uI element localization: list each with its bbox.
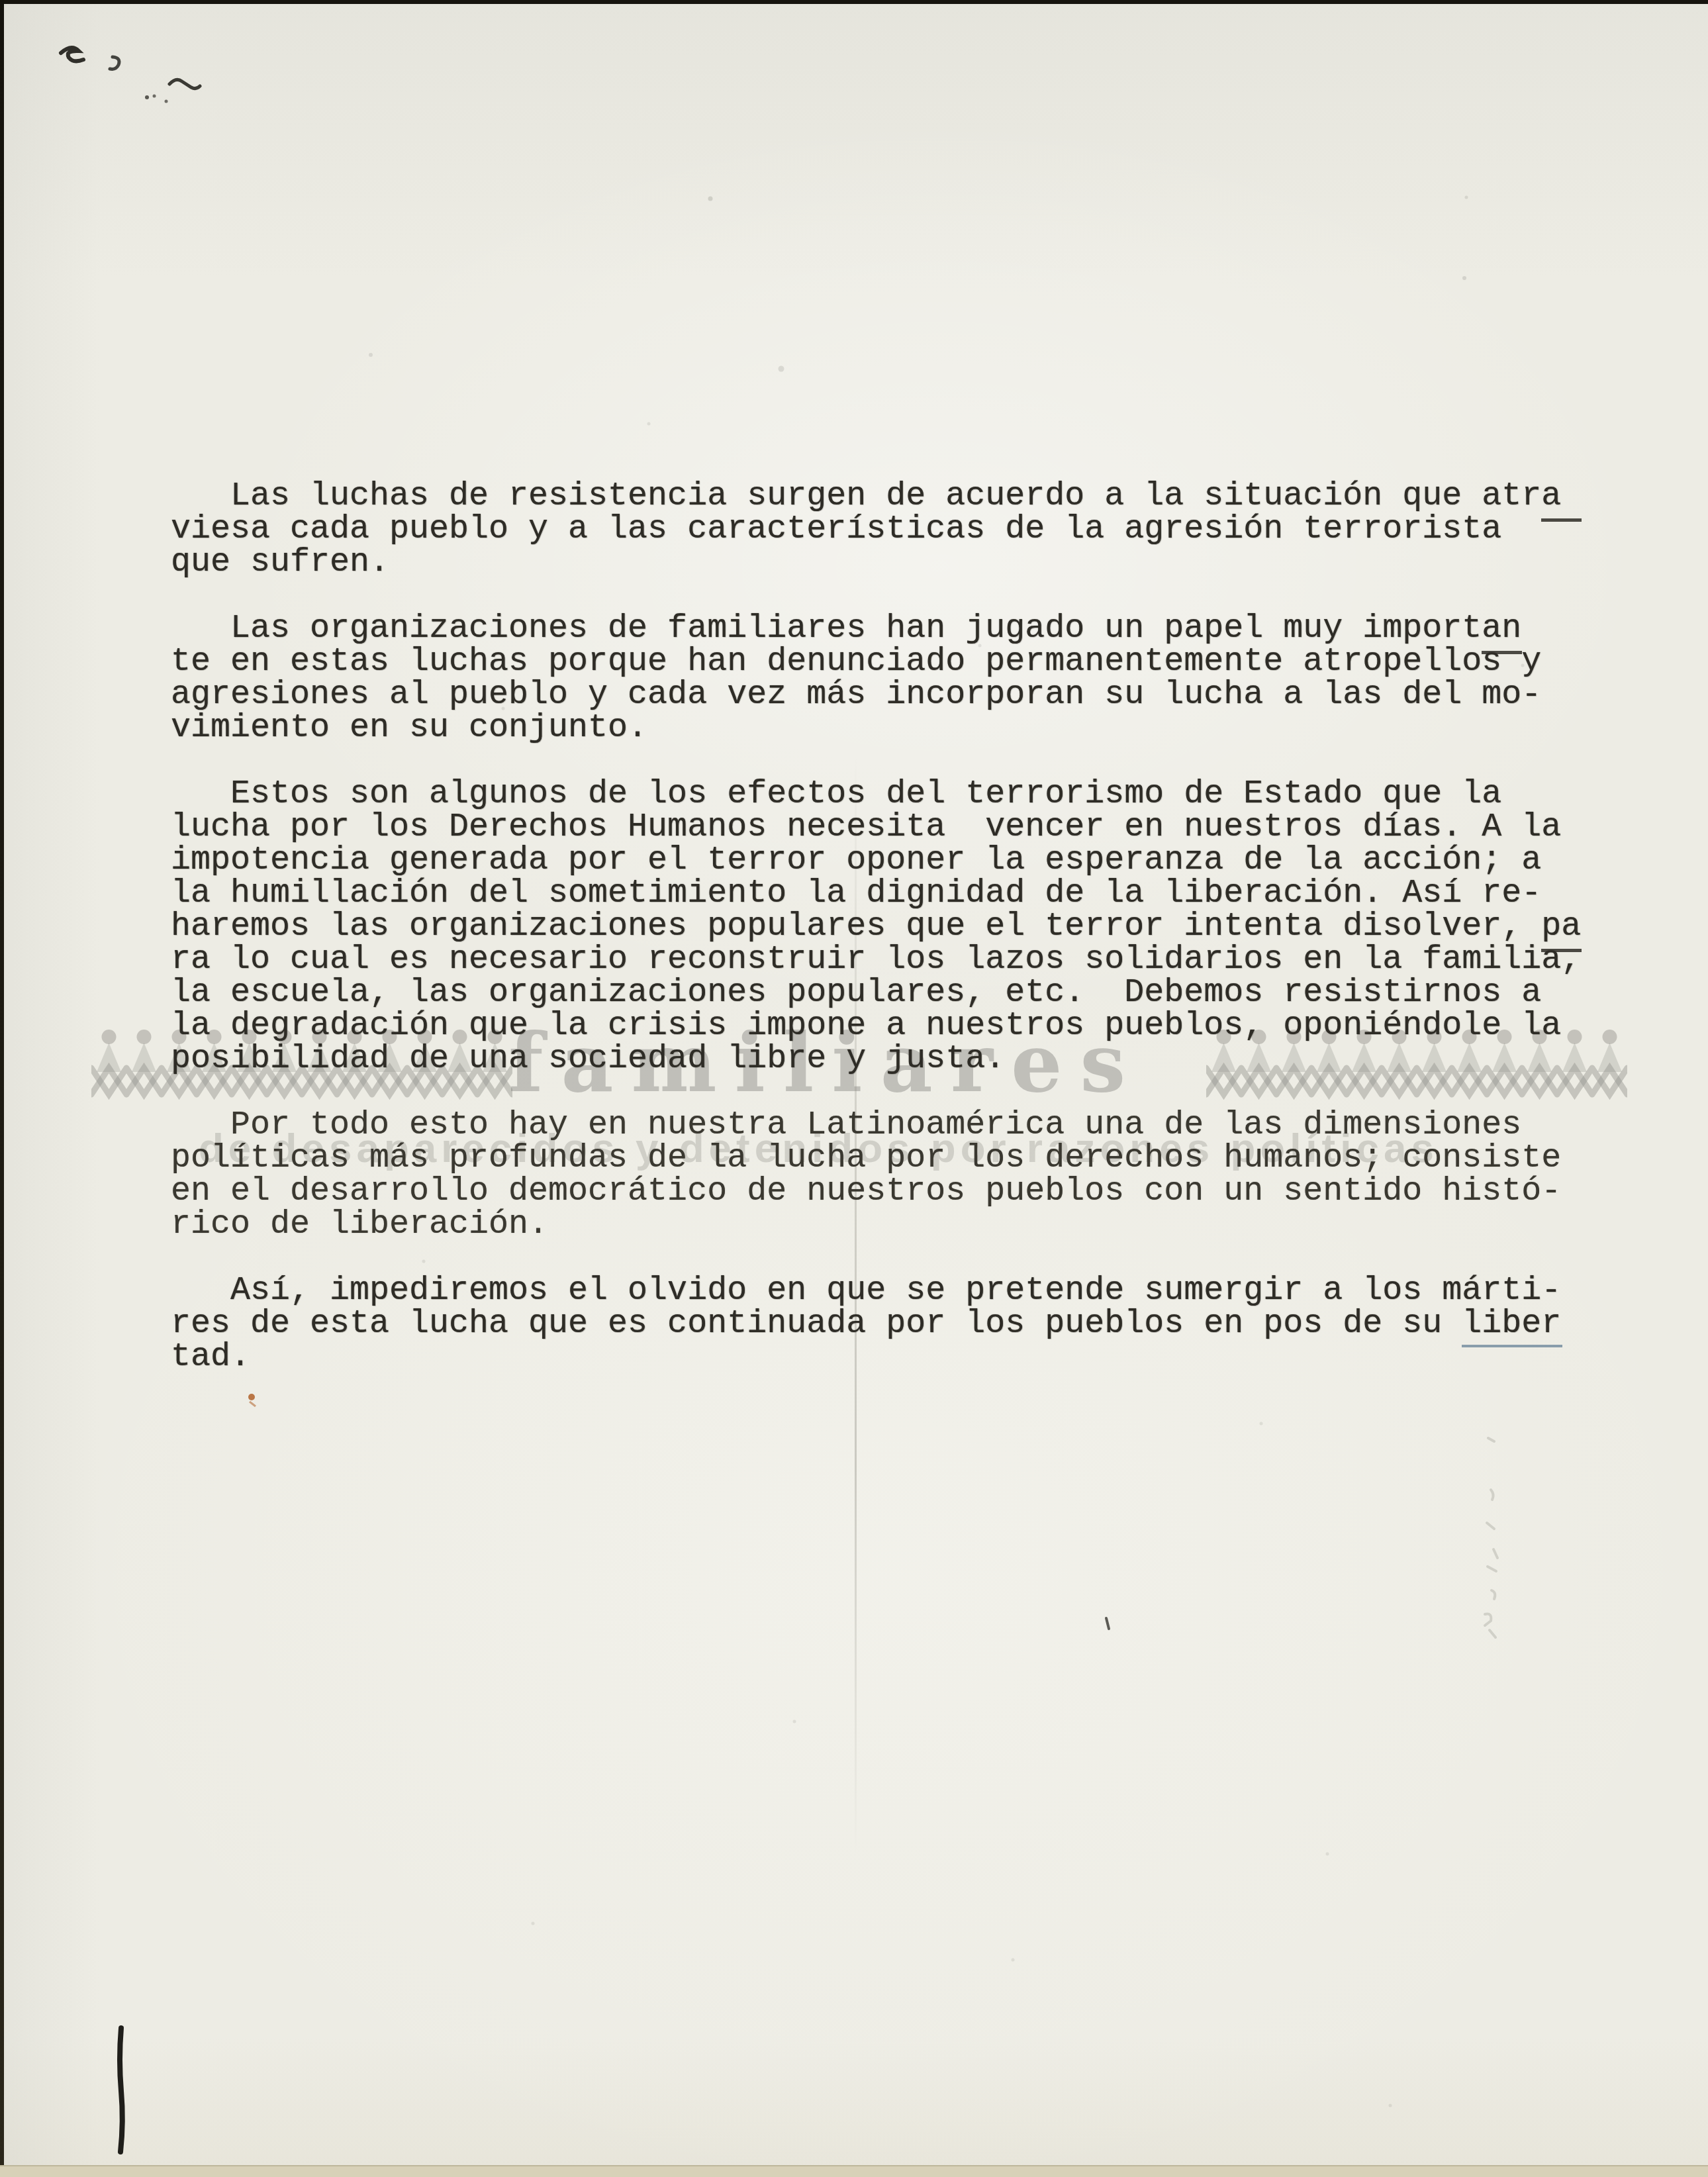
ink-vertical-stroke (120, 2028, 122, 2152)
ink-squiggle-3 (169, 79, 200, 88)
bleed-through-marks (1485, 1438, 1497, 1637)
scan-edge-bottom (0, 2165, 1708, 2177)
paper-specks (267, 196, 1525, 2107)
scanned-document-page: familiares de desaparecidos y detenidos … (0, 0, 1708, 2177)
scan-edge-left (0, 0, 4, 2177)
scan-edge-top (0, 0, 1708, 4)
ink-squiggle-1 (61, 48, 83, 61)
ink-marks-overlay (0, 0, 1708, 2177)
ink-squiggle-2 (110, 57, 119, 69)
ink-dot (165, 100, 168, 103)
ink-dot (145, 95, 149, 99)
orange-speck (248, 1394, 255, 1400)
orange-speck-tail (250, 1402, 256, 1406)
ink-dot (153, 95, 156, 98)
ink-tick (1106, 1618, 1109, 1629)
